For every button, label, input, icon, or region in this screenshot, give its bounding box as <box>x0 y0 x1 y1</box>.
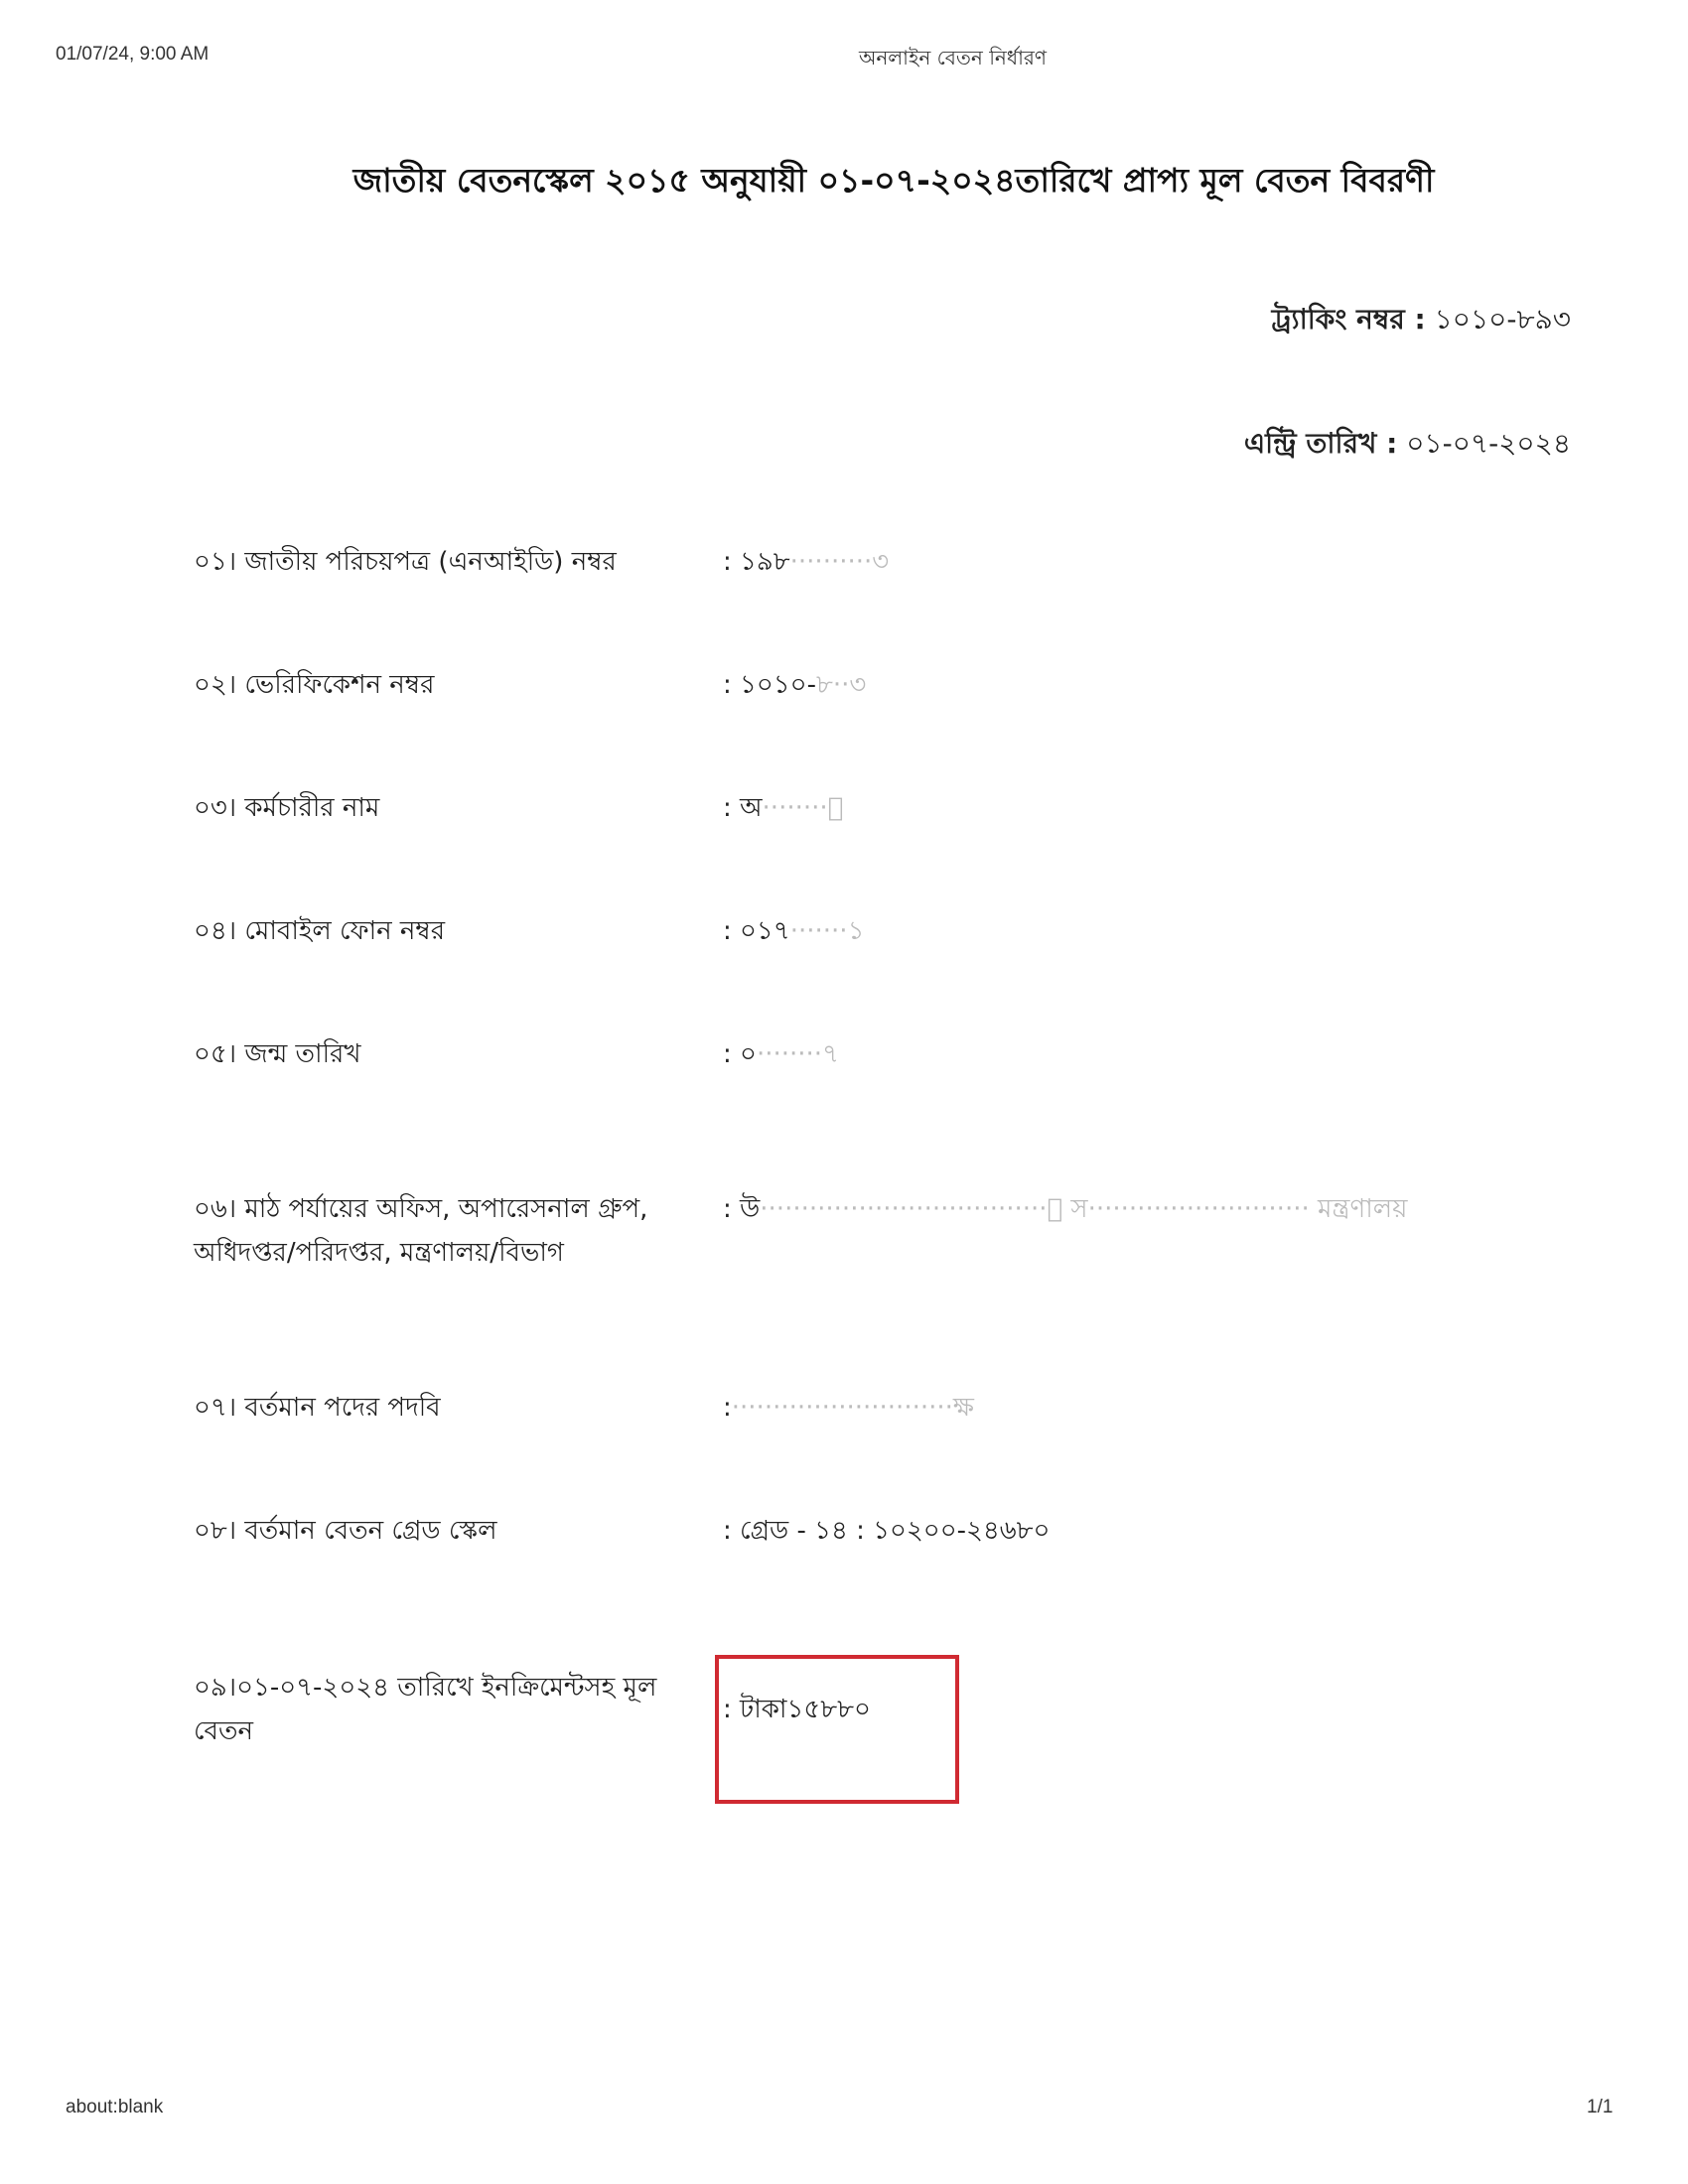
tracking-number: ট্র্যাকিং নম্বর : ১০১০-৮৯৩ <box>1272 298 1571 344</box>
row-nid-value: : ১৯৮··········৩ <box>723 540 889 584</box>
print-header-title: অনলাইন বেতন নির্ধারণ <box>859 44 1047 76</box>
row-employee-name-label: ০৩। কর্মচারীর নাম <box>194 786 379 830</box>
tracking-value: ১০১০-৮৯৩ <box>1426 303 1571 336</box>
entry-date-value: ০১-০৭-২০২৪ <box>1397 427 1571 460</box>
row-office-value: : উ···································ি … <box>723 1187 1577 1231</box>
row-mobile-value: : ০১৭·······১ <box>723 909 864 953</box>
row-birthdate-value: : ০········৭ <box>723 1032 839 1076</box>
redacted-text: ···································ি স··… <box>760 1194 1407 1224</box>
row-designation-value: :···························ক্ষ <box>723 1386 974 1430</box>
redacted-text: ·······১ <box>790 916 865 946</box>
redacted-text: ········া <box>763 793 844 823</box>
row-nid-label: ০১। জাতীয় পরিচয়পত্র (এনআইডি) নম্বর <box>194 540 617 584</box>
row-verification-label: ০২। ভেরিফিকেশন নম্বর <box>194 663 434 707</box>
row-employee-name-value: : অ········া <box>723 786 843 830</box>
row-grade-value: : গ্রেড - ১৪ : ১০২০০-২৪৬৮০ <box>723 1509 1050 1553</box>
print-footer-page: 1/1 <box>1587 2097 1613 2118</box>
redacted-text: ········৭ <box>757 1039 839 1069</box>
entry-date-label: এন্ট্রি তারিখ : <box>1244 427 1397 460</box>
row-designation-label: ০৭। বর্তমান পদের পদবি <box>194 1386 441 1430</box>
redacted-text: ···························ক্ষ <box>732 1393 974 1423</box>
print-header-datetime: 01/07/24, 9:00 AM <box>56 44 209 66</box>
row-verification-value: : ১০১০-৮··৩ <box>723 663 866 707</box>
row-basic-pay-label: ০৯।০১-০৭-২০২৪ তারিখে ইনক্রিমেন্টসহ মূল ব… <box>194 1666 710 1753</box>
print-footer-url: about:blank <box>66 2097 163 2118</box>
redacted-text: ৮··৩ <box>816 670 866 700</box>
redacted-text: ··········৩ <box>790 547 890 577</box>
row-birthdate-label: ০৫। জন্ম তারিখ <box>194 1032 360 1076</box>
row-basic-pay-value: : টাকা১৫৮৮০ <box>723 1688 871 1731</box>
tracking-label: ট্র্যাকিং নম্বর : <box>1272 303 1426 336</box>
document-title: জাতীয় বেতনস্কেল ২০১৫ অনুযায়ী ০১-০৭-২০২… <box>0 155 1688 210</box>
row-grade-label: ০৮। বর্তমান বেতন গ্রেড স্কেল <box>194 1509 496 1553</box>
entry-date: এন্ট্রি তারিখ : ০১-০৭-২০২৪ <box>1244 422 1571 469</box>
row-mobile-label: ০৪। মোবাইল ফোন নম্বর <box>194 909 445 953</box>
row-office-label: ০৬। মাঠ পর্যায়ের অফিস, অপারেসনাল গ্রুপ,… <box>194 1187 700 1275</box>
